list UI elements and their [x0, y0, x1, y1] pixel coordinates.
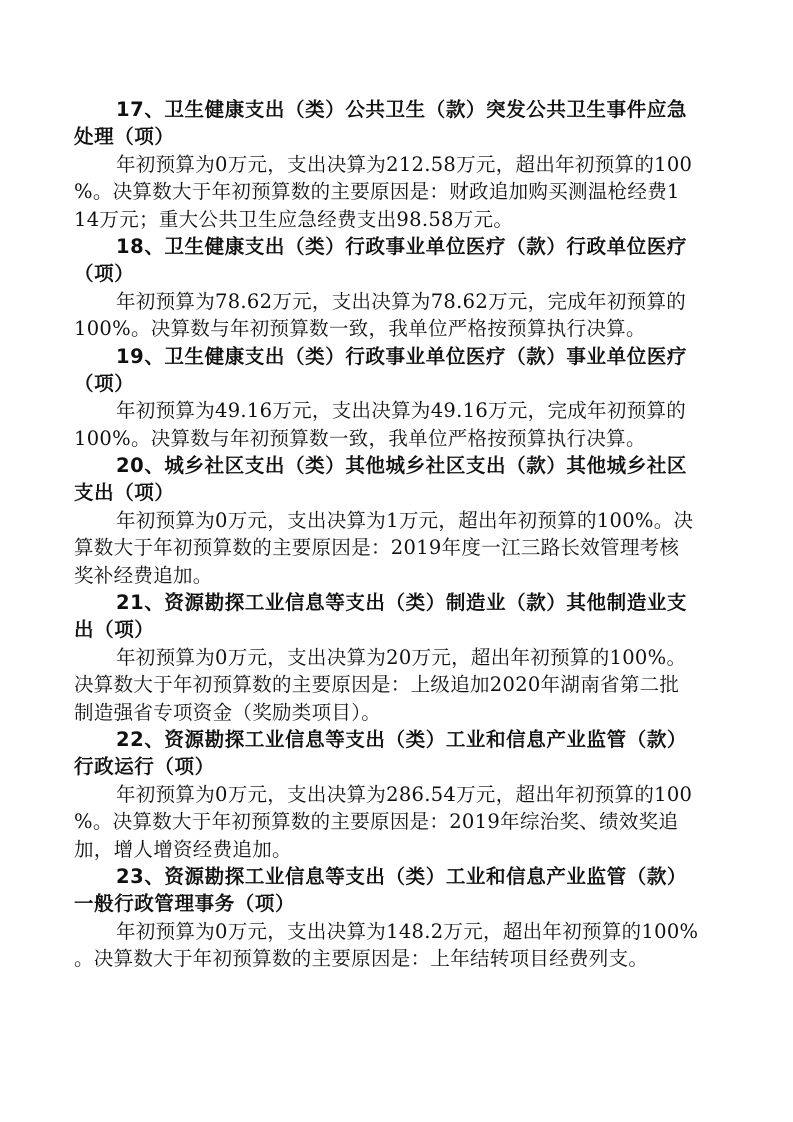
section-body: 年初预算为0万元，支出决算为1万元，超出年初预算的100%。决 算数大于年初预算…: [74, 507, 716, 589]
body-line: 年初预算为78.62万元，支出决算为78.62万元，完成年初预算的: [74, 288, 716, 315]
section-19: 19、卫生健康支出（类）行政事业单位医疗（款）事业单位医疗 （项） 年初预算为4…: [74, 343, 716, 453]
section-body: 年初预算为0万元，支出决算为212.58万元，超出年初预算的100 %。决算数大…: [74, 151, 716, 233]
body-line: 年初预算为0万元，支出决算为20万元，超出年初预算的100%。: [74, 644, 716, 671]
heading-line: 23、资源勘探工业信息等支出（类）工业和信息产业监管（款）: [74, 863, 716, 890]
heading-line: （项）: [74, 370, 716, 397]
section-body: 年初预算为78.62万元，支出决算为78.62万元，完成年初预算的 100%。决…: [74, 288, 716, 343]
section-body: 年初预算为0万元，支出决算为20万元，超出年初预算的100%。 决算数大于年初预…: [74, 644, 716, 726]
section-heading: 18、卫生健康支出（类）行政事业单位医疗（款）行政单位医疗 （项）: [74, 233, 716, 288]
body-line: 年初预算为0万元，支出决算为1万元，超出年初预算的100%。决: [74, 507, 716, 534]
heading-line: 出（项）: [74, 616, 716, 643]
heading-line: 一般行政管理事务（项）: [74, 890, 716, 917]
body-line: 年初预算为0万元，支出决算为148.2万元，超出年初预算的100%: [74, 918, 716, 945]
heading-line: 18、卫生健康支出（类）行政事业单位医疗（款）行政单位医疗: [74, 233, 716, 260]
section-20: 20、城乡社区支出（类）其他城乡社区支出（款）其他城乡社区 支出（项） 年初预算…: [74, 452, 716, 589]
heading-line: （项）: [74, 260, 716, 287]
section-heading: 17、卫生健康支出（类）公共卫生（款）突发公共卫生事件应急 处理（项）: [74, 96, 716, 151]
section-23: 23、资源勘探工业信息等支出（类）工业和信息产业监管（款） 一般行政管理事务（项…: [74, 863, 716, 973]
body-line: 奖补经费追加。: [74, 562, 716, 589]
heading-line: 20、城乡社区支出（类）其他城乡社区支出（款）其他城乡社区: [74, 452, 716, 479]
section-17: 17、卫生健康支出（类）公共卫生（款）突发公共卫生事件应急 处理（项） 年初预算…: [74, 96, 716, 233]
body-line: %。决算数大于年初预算数的主要原因是：财政追加购买测温枪经费1: [74, 178, 716, 205]
section-21: 21、资源勘探工业信息等支出（类）制造业（款）其他制造业支 出（项） 年初预算为…: [74, 589, 716, 726]
body-line: 决算数大于年初预算数的主要原因是：上级追加2020年湖南省第二批: [74, 671, 716, 698]
heading-line: 支出（项）: [74, 479, 716, 506]
body-line: 。决算数大于年初预算数的主要原因是：上年结转项目经费列支。: [74, 945, 716, 972]
body-line: 14万元；重大公共卫生应急经费支出98.58万元。: [74, 206, 716, 233]
section-heading: 20、城乡社区支出（类）其他城乡社区支出（款）其他城乡社区 支出（项）: [74, 452, 716, 507]
section-heading: 21、资源勘探工业信息等支出（类）制造业（款）其他制造业支 出（项）: [74, 589, 716, 644]
section-heading: 23、资源勘探工业信息等支出（类）工业和信息产业监管（款） 一般行政管理事务（项…: [74, 863, 716, 918]
body-line: 加，增人增资经费追加。: [74, 836, 716, 863]
section-22: 22、资源勘探工业信息等支出（类）工业和信息产业监管（款） 行政运行（项） 年初…: [74, 726, 716, 863]
document-page: 17、卫生健康支出（类）公共卫生（款）突发公共卫生事件应急 处理（项） 年初预算…: [74, 96, 716, 973]
heading-line: 行政运行（项）: [74, 753, 716, 780]
heading-line: 19、卫生健康支出（类）行政事业单位医疗（款）事业单位医疗: [74, 343, 716, 370]
section-body: 年初预算为49.16万元，支出决算为49.16万元，完成年初预算的 100%。决…: [74, 397, 716, 452]
heading-line: 处理（项）: [74, 123, 716, 150]
section-heading: 19、卫生健康支出（类）行政事业单位医疗（款）事业单位医疗 （项）: [74, 343, 716, 398]
body-line: 年初预算为0万元，支出决算为286.54万元，超出年初预算的100: [74, 781, 716, 808]
body-line: 算数大于年初预算数的主要原因是：2019年度一江三路长效管理考核: [74, 534, 716, 561]
heading-line: 17、卫生健康支出（类）公共卫生（款）突发公共卫生事件应急: [74, 96, 716, 123]
body-line: 年初预算为49.16万元，支出决算为49.16万元，完成年初预算的: [74, 397, 716, 424]
section-body: 年初预算为0万元，支出决算为148.2万元，超出年初预算的100% 。决算数大于…: [74, 918, 716, 973]
body-line: 100%。决算数与年初预算数一致，我单位严格按预算执行决算。: [74, 315, 716, 342]
section-heading: 22、资源勘探工业信息等支出（类）工业和信息产业监管（款） 行政运行（项）: [74, 726, 716, 781]
body-line: 100%。决算数与年初预算数一致，我单位严格按预算执行决算。: [74, 425, 716, 452]
body-line: 年初预算为0万元，支出决算为212.58万元，超出年初预算的100: [74, 151, 716, 178]
heading-line: 22、资源勘探工业信息等支出（类）工业和信息产业监管（款）: [74, 726, 716, 753]
section-body: 年初预算为0万元，支出决算为286.54万元，超出年初预算的100 %。决算数大…: [74, 781, 716, 863]
section-18: 18、卫生健康支出（类）行政事业单位医疗（款）行政单位医疗 （项） 年初预算为7…: [74, 233, 716, 343]
heading-line: 21、资源勘探工业信息等支出（类）制造业（款）其他制造业支: [74, 589, 716, 616]
body-line: %。决算数大于年初预算数的主要原因是：2019年综治奖、绩效奖追: [74, 808, 716, 835]
body-line: 制造强省专项资金（奖励类项目）。: [74, 699, 716, 726]
